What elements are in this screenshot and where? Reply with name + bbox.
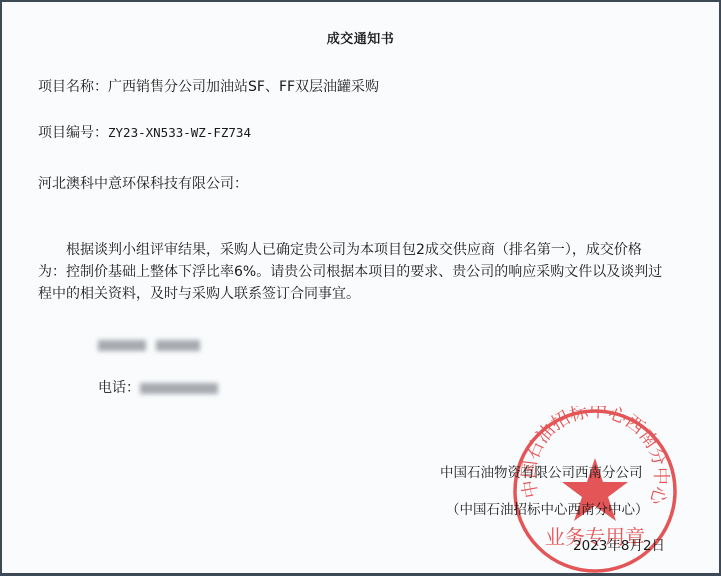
contact-line-redacted [98, 337, 200, 353]
project-number-label: 项目编号： [38, 125, 108, 141]
phone-label: 电话： [98, 380, 140, 396]
project-number-value: ZY23-XN533-WZ-FZ734 [108, 125, 251, 140]
phone-line: 电话： [98, 377, 218, 397]
document-page: 成交通知书 项目名称：广西销售分公司加油站SF、FF双层油罐采购 项目编号：ZY… [2, 2, 719, 573]
recipient: 河北澳科中意环保科技有限公司： [38, 173, 248, 193]
project-name-label: 项目名称： [38, 79, 108, 95]
document-title: 成交通知书 [2, 28, 719, 47]
issuer-subunit: （中国石油招标中心西南分中心） [446, 498, 649, 518]
issuer-company: 中国石油物资有限公司西南分公司 [440, 461, 643, 481]
redacted-phone-number [140, 383, 218, 394]
redacted-contact-name [156, 340, 200, 351]
project-number-line: 项目编号：ZY23-XN533-WZ-FZ734 [38, 122, 251, 142]
project-name-value: 广西销售分公司加油站SF、FF双层油罐采购 [108, 79, 379, 95]
issue-date: 2023年8月2日 [573, 534, 665, 554]
body-paragraph: 根据谈判小组评审结果，采购人已确定贵公司为本项目包2成交供应商（排名第一），成交… [38, 239, 668, 305]
project-name-line: 项目名称：广西销售分公司加油站SF、FF双层油罐采购 [38, 76, 379, 96]
redacted-contact-label [98, 340, 146, 351]
